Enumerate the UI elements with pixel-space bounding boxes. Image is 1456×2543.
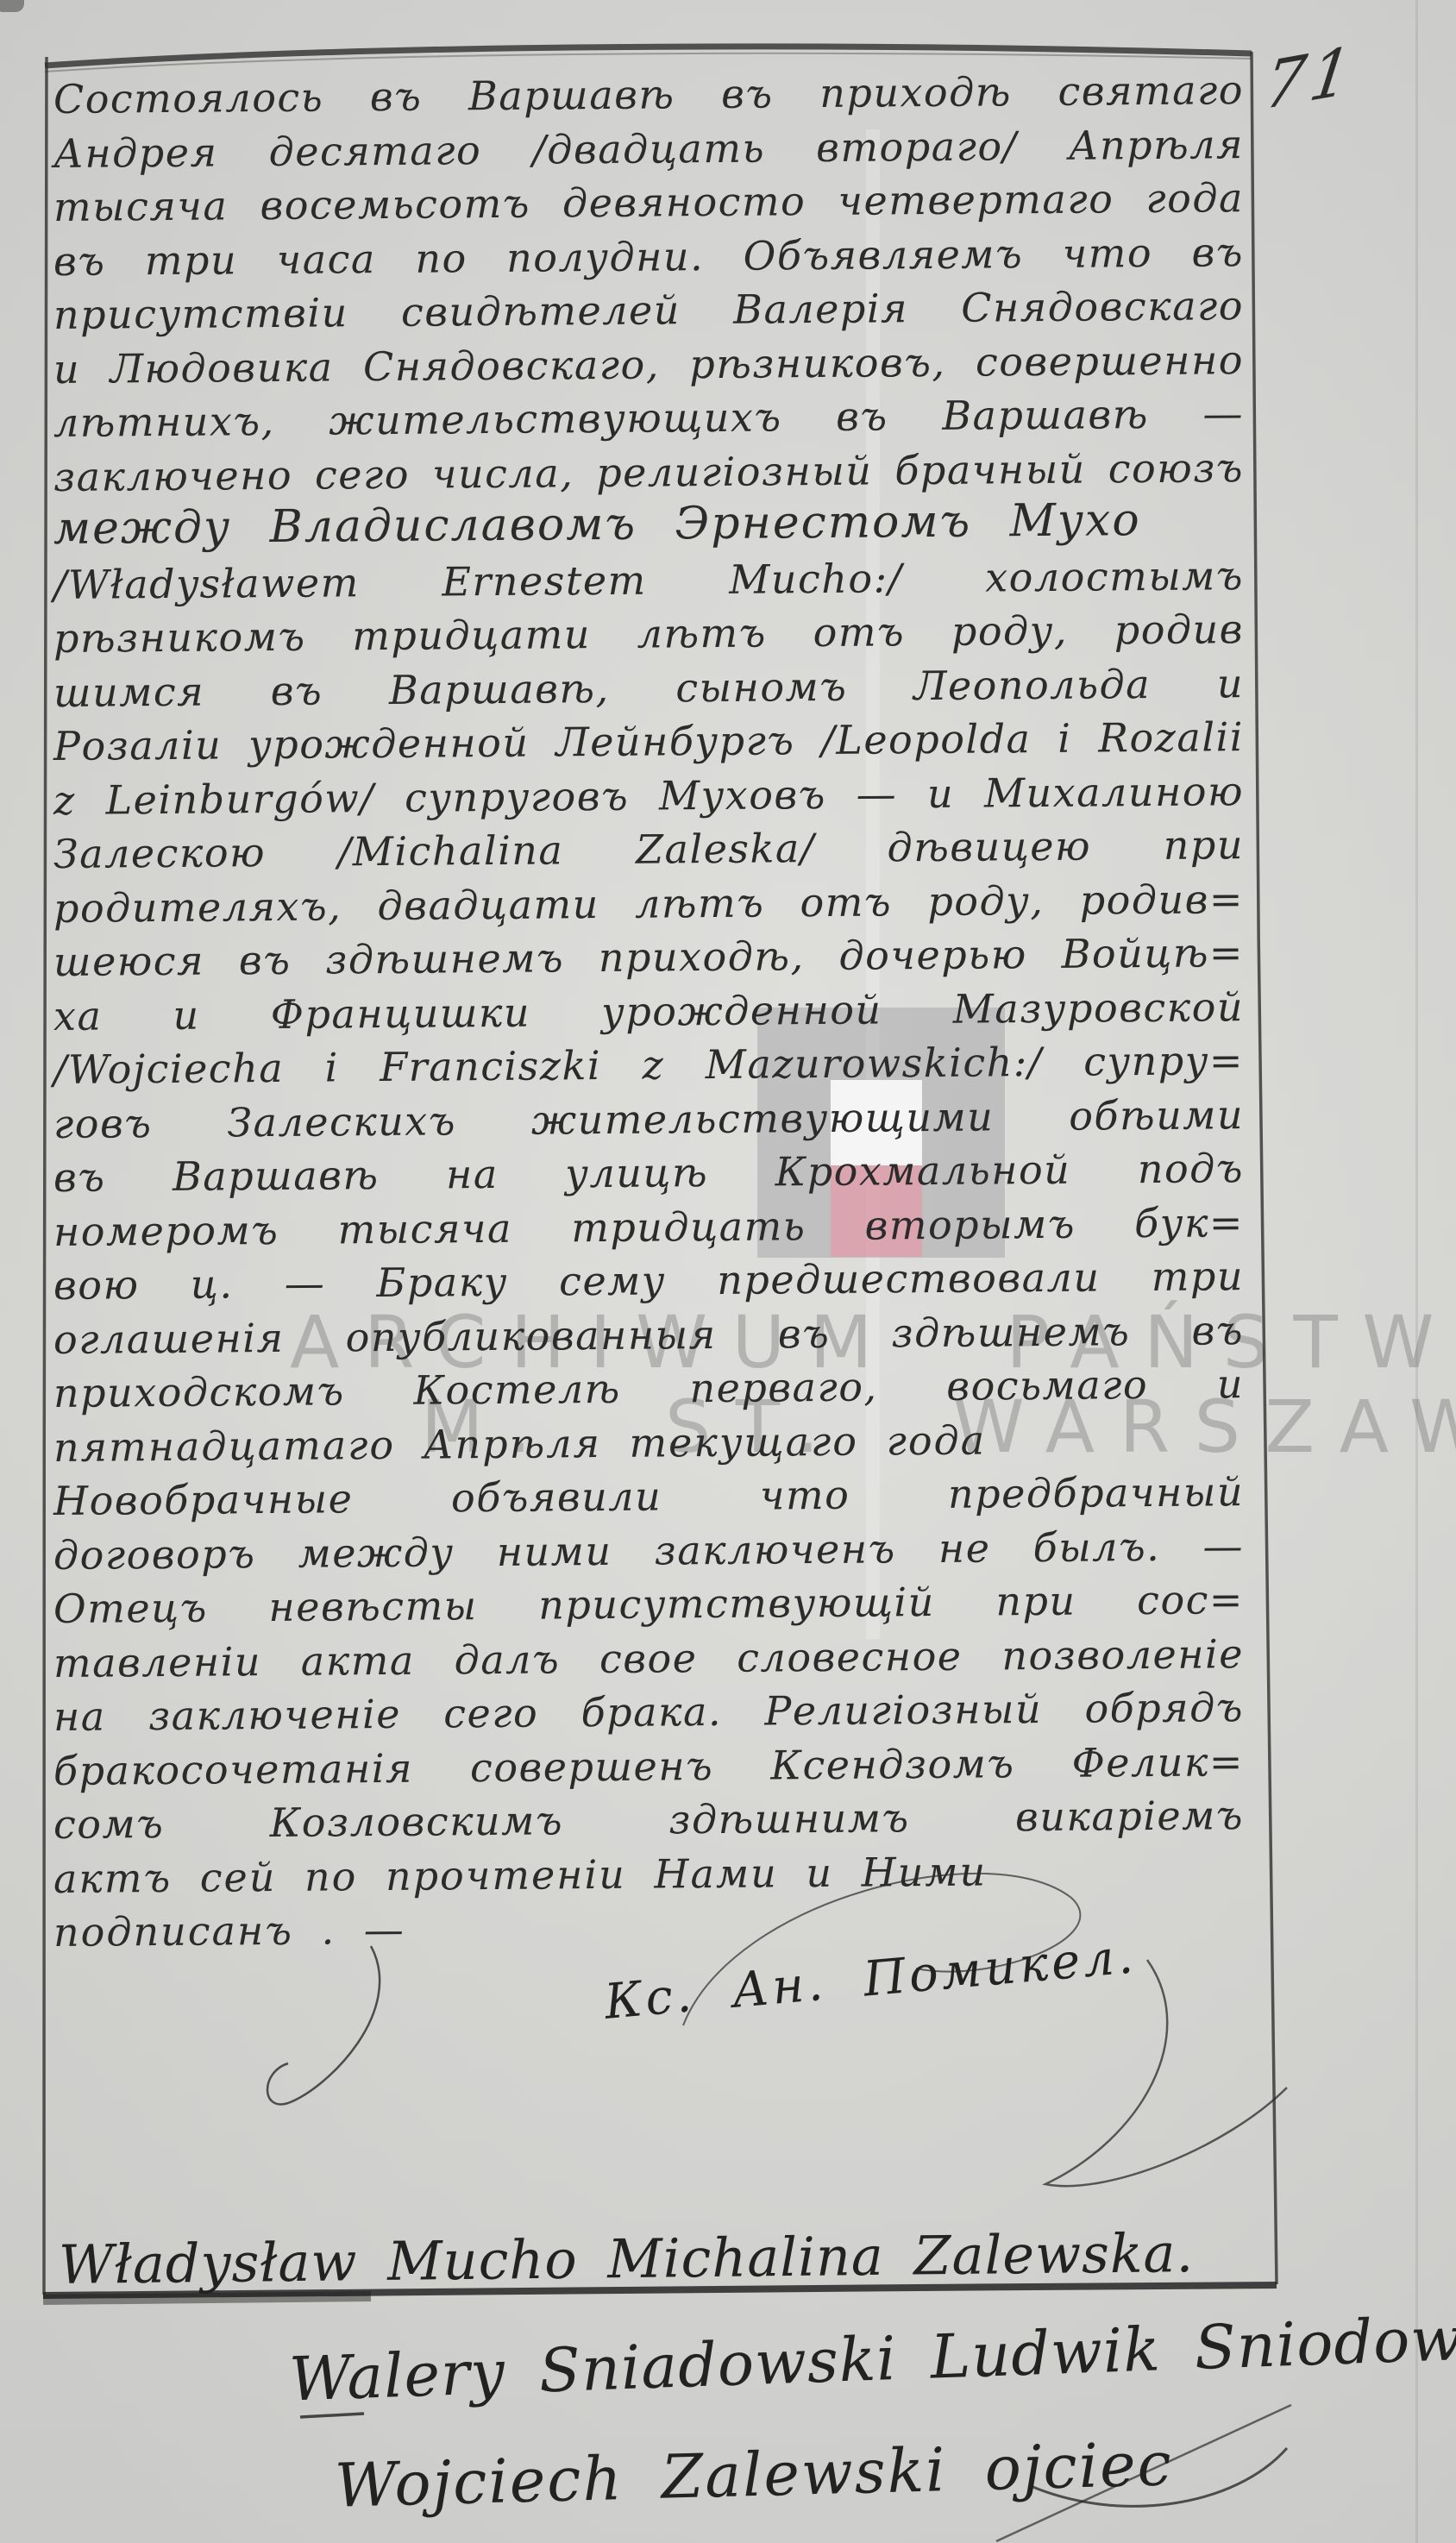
record-line: вою ц. — Браку сему предшествовали три: [53, 1251, 1244, 1310]
record-line: говъ Залескихъ жительствующими обѣими: [53, 1089, 1244, 1149]
record-line: Отецъ невѣсты присутствующій при сос=: [53, 1574, 1244, 1634]
record-line: Состоялось въ Варшавѣ въ приходѣ святаго: [53, 65, 1244, 124]
record-line: номеромъ тысяча тридцать вторымъ бук=: [53, 1197, 1244, 1257]
record-line: родителяхъ, двадцати лѣтъ отъ роду, роди…: [53, 874, 1244, 933]
record-line: бракосочетанія совершенъ Ксендзомъ Фелик…: [53, 1736, 1244, 1796]
record-line: рѣзникомъ тридцати лѣтъ отъ роду, родив: [53, 604, 1244, 663]
record-line: оглашенія опубликованныя въ здѣшнемъ въ: [53, 1305, 1244, 1365]
record-line: въ три часа по полудни. Объявляемъ что в…: [53, 227, 1244, 286]
record-line: и Людовика Снядовскаго, рѣзниковъ, совер…: [53, 335, 1244, 394]
record-line: на заключеніе сего брака. Религіозный об…: [53, 1682, 1244, 1742]
record-line: лѣтнихъ, жительствующихъ въ Варшавѣ —: [53, 388, 1244, 448]
record-line: присутствіи свидѣтелей Валерія Снядовска…: [53, 280, 1244, 340]
record-line: тавленіи акта далъ свое словесное позвол…: [53, 1629, 1244, 1688]
record-line: пятнадцатаго Апрѣля текущаго года: [53, 1416, 987, 1472]
record-line: /Wojciecha i Franciszki z Mazurowskich:/…: [53, 1035, 1244, 1095]
record-line: Розаліи урожденной Лейнбургъ /Leopolda i…: [53, 712, 1244, 771]
record-line: Залескою /Michalina Zaleska/ дѣвицею при: [53, 819, 1244, 879]
record-line: ха и Францишки урожденной Мазуровской: [53, 982, 1244, 1041]
record-line: тысяча восемьсотъ девяносто четвертаго г…: [53, 173, 1244, 232]
record-line: /Władysławem Ernestem Mucho:/ холостымъ: [53, 550, 1244, 610]
record-line: актъ сей по прочтеніи Нами и Ними: [53, 1847, 988, 1904]
record-line: договоръ между ними заключенъ не былъ. —: [53, 1521, 1244, 1580]
scanned-marriage-record-page: ARCHIWUM PAŃSTWOWE M. ST. WARSZAWY 71 Со…: [0, 0, 1456, 2543]
record-line: шимся въ Варшавѣ, сыномъ Леопольда и: [53, 658, 1244, 718]
record-line: приходскомъ Костелѣ перваго, восьмаго и: [53, 1359, 1244, 1418]
record-line: шеюся въ здѣшнемъ приходѣ, дочерью Войцѣ…: [53, 927, 1244, 987]
record-line: Андрея десятаго /двадцать втораго/ Апрѣл…: [53, 119, 1244, 179]
record-line: въ Варшавѣ на улицѣ Крохмальной подъ: [53, 1143, 1244, 1202]
record-line: между Владиславомъ Эрнестомъ Мухо: [53, 495, 1141, 554]
record-line: подписанъ . —: [53, 1905, 405, 1957]
newlyweds-signature: Władysław Mucho Michalina Zalewska.: [59, 2221, 1195, 2296]
record-line: z Leinburgów/ супруговъ Муховъ — и Михал…: [53, 766, 1244, 826]
record-line: заключено сего числа, религіозный брачны…: [53, 443, 1244, 502]
record-line: сомъ Козловскимъ здѣшнимъ викаріемъ: [53, 1790, 1244, 1849]
record-line: Новобрачные объявили что предбрачный: [53, 1466, 1244, 1526]
